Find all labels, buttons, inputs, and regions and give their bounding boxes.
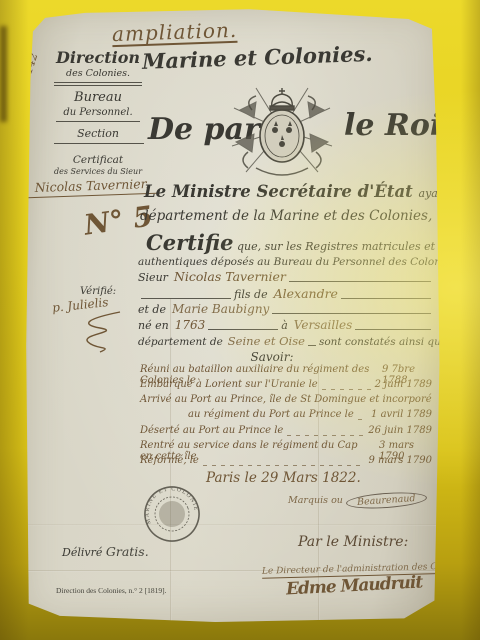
le-roi-text: le Roi. [344, 108, 452, 143]
constate-text: sont constatés ainsi qu'il suit; [319, 336, 477, 348]
record-date: 26 juin 1789 [368, 425, 432, 436]
par-le-ministre: Par le Ministre: [298, 534, 408, 550]
line-authentiques: authentiques déposés au Bureau du Person… [138, 256, 480, 268]
signature-flourish [70, 308, 130, 354]
marge-note: Marquis ou Beaurenaud [288, 493, 426, 508]
dept-label: département de [138, 336, 223, 348]
mere-name: Marie Baubigny [172, 302, 269, 316]
sidebar-rule [56, 121, 140, 122]
record-date: 2 juin 1789 [375, 379, 432, 390]
fils-label: fils de [234, 288, 268, 301]
sidebar-bureau: Bureau [50, 90, 146, 105]
sieur-name: Nicolas Tavernier [174, 269, 286, 284]
certifie-line: Certifie que, sur les Registres matricul… [146, 230, 480, 255]
birthplace: Versailles [294, 318, 353, 332]
sidebar-direction: Direction [50, 48, 146, 67]
form-blank [308, 345, 316, 346]
corner-registry-number: 9142 [19, 51, 40, 82]
delivre-gratis: Délivré Gratis. [62, 544, 149, 559]
dept-name: Seine et Oise [228, 334, 305, 348]
document-title: Marine et Colonies. [142, 39, 423, 74]
service-record-row: Arrivé au Port au Prince, île de St Domi… [140, 394, 432, 405]
ne-label: né en [138, 319, 169, 332]
service-record-row: Réformé, le9 mars 1790 [140, 455, 432, 466]
sidebar-certificat-sub: des Services du Sieur [42, 167, 154, 176]
dotted-leader [287, 429, 364, 436]
sieur-label: Sieur [138, 271, 168, 284]
record-text: Embarqué à Lorient sur l'Uranie le [140, 379, 318, 390]
circled-name: Beaurenaud [346, 490, 427, 511]
service-record-row: au régiment du Port au Prince le1 avril … [188, 409, 432, 420]
form-blank [289, 281, 431, 282]
form-blank [272, 313, 431, 314]
line-naissance: né en 1763 à Versailles [138, 318, 434, 332]
service-record-row: Embarqué à Lorient sur l'Uranie le2 juin… [140, 379, 432, 390]
mere-label: et de [138, 303, 166, 316]
line-sieur: Sieur Nicolas Tavernier [138, 269, 434, 284]
marge-note-text: Marquis ou [288, 495, 343, 506]
marine-colonies-stamp: MARINE ET COLONIES [133, 475, 211, 553]
photo-background: 9142 ampliation. Marine et Colonies. Dir… [0, 0, 480, 640]
certifie-word: Certifie [146, 230, 233, 255]
gratis-label: Gratis. [106, 544, 149, 559]
sidebar-rule [54, 143, 144, 144]
ampliation-note: ampliation. [112, 18, 238, 46]
ne-year: 1763 [175, 318, 206, 332]
line-mere: et de Marie Baubigny [138, 302, 434, 316]
form-blank [341, 298, 431, 299]
record-date: 1 avril 1789 [371, 409, 432, 420]
dotted-leader [322, 383, 371, 390]
sidebar-direction-sub: des Colonies. [50, 68, 146, 79]
paper-fold [28, 524, 436, 526]
opening-main: Le Ministre Secrétaire d'État [144, 182, 413, 201]
line-fils: fils de Alexandre [138, 286, 434, 301]
certifie-rest: que, sur les Registres matricules et aut… [237, 240, 480, 253]
opening-tail: ayant le [419, 187, 463, 200]
royal-coat-of-arms-icon [226, 80, 338, 182]
document-paper: 9142 ampliation. Marine et Colonies. Dir… [22, 8, 442, 622]
delivre-label: Délivré [62, 546, 102, 559]
sidebar-certificat: Certificat [50, 154, 146, 166]
savoir-heading: Savoir: [182, 350, 362, 364]
line-departement: département de Seine et Oise sont consta… [138, 334, 434, 348]
record-text: Réformé, le [140, 455, 199, 466]
a-label: à [281, 319, 288, 332]
fils-name: Alexandre [274, 286, 338, 301]
sidebar-section: Section [50, 127, 146, 140]
dotted-leader [358, 413, 367, 420]
opening-line: Le Ministre Secrétaire d'État ayant le [144, 182, 463, 201]
sidebar-bureau-sub: du Personnel. [50, 107, 146, 118]
opening-line2: département de la Marine et des Colonies… [140, 208, 432, 224]
service-record-row: Déserté au Port au Prince le26 juin 1789 [140, 425, 432, 436]
record-text: Déserté au Port au Prince le [140, 425, 283, 436]
record-text: au régiment du Port au Prince le [188, 409, 354, 420]
dotted-leader [203, 459, 365, 466]
form-blank [208, 329, 278, 330]
record-text: Arrivé au Port au Prince, île de St Domi… [140, 394, 432, 405]
date-line: Paris le 29 Mars 1822. [206, 470, 361, 486]
form-blank [141, 298, 231, 299]
table-shadow [0, 26, 7, 122]
record-date: 9 mars 1790 [368, 455, 432, 466]
form-reference: Direction des Colonies, n.° 2 [1819]. [56, 586, 166, 595]
form-blank [355, 329, 431, 330]
sidebar-sieur-name: Nicolas Tavernier. [24, 176, 161, 199]
sidebar-rule [54, 82, 142, 86]
